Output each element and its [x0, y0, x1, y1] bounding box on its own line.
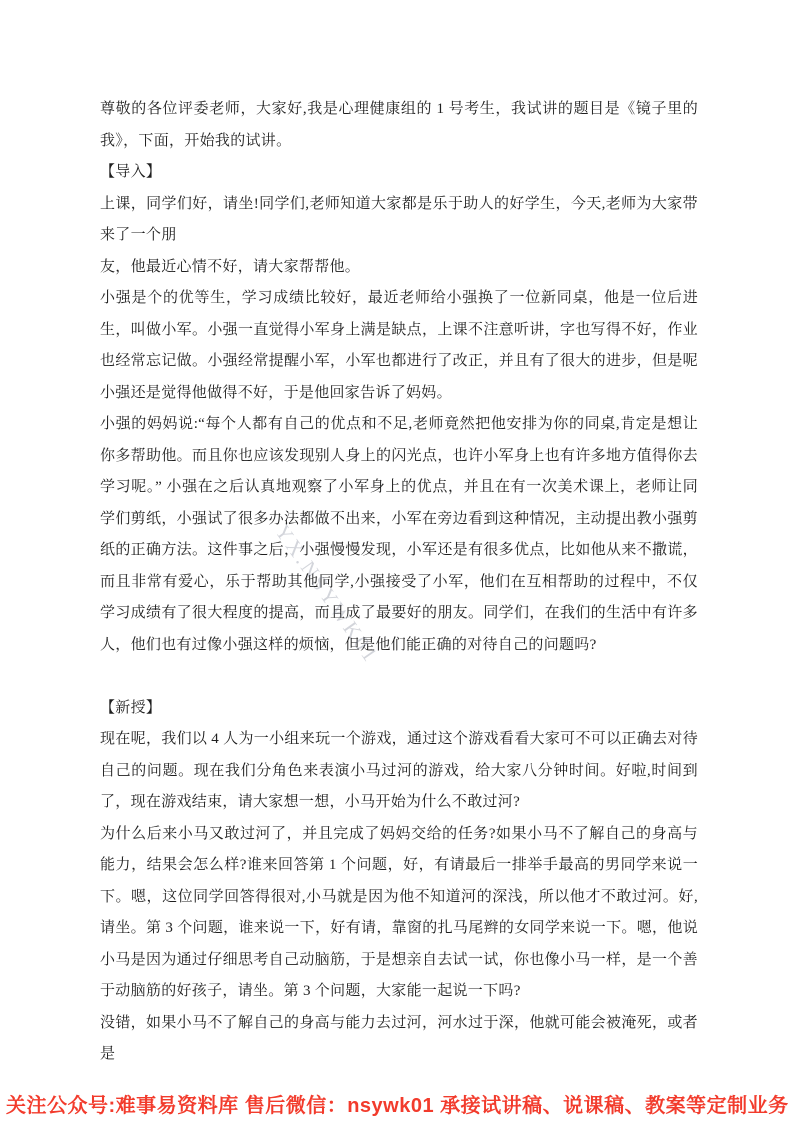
paragraph: 没错，如果小马不了解自己的身高与能力去过河，河水过于深，他就可能会被淹死，或者是 [100, 1008, 698, 1071]
section-heading: 【新授】 [100, 693, 698, 725]
paragraph: 小强的妈妈说:“每个人都有自己的优点和不足,老师竟然把他安排为你的同桌,肯定是想… [100, 409, 698, 661]
paragraph: 上课，同学们好，请坐!同学们,老师知道大家都是乐于助人的好学生，今天,老师为大家… [100, 189, 698, 252]
paragraph: 为什么后来小马又敢过河了，并且完成了妈妈交给的任务?如果小马不了解自己的身高与能… [100, 819, 698, 1008]
promo-footer-text: 关注公众号:难事易资料库 售后微信：nsywk01 承接试讲稿、说课稿、教案等定… [6, 1092, 787, 1120]
section-heading: 【导入】 [100, 157, 698, 189]
document-page: 尊敬的各位评委老师，大家好,我是心理健康组的 1 号考生，我试讲的题目是《镜子里… [0, 0, 793, 1122]
blank-line [100, 661, 698, 693]
paragraph: 友，他最近心情不好，请大家帮帮他。 [100, 252, 698, 284]
paragraph: 尊敬的各位评委老师，大家好,我是心理健康组的 1 号考生，我试讲的题目是《镜子里… [100, 94, 698, 157]
paragraph: 现在呢，我们以 4 人为一小组来玩一个游戏，通过这个游戏看看大家可不可以正确去对… [100, 724, 698, 819]
paragraph: 小强是个的优等生，学习成绩比较好，最近老师给小强换了一位新同桌，他是一位后进生，… [100, 283, 698, 409]
document-text-block: 尊敬的各位评委老师，大家好,我是心理健康组的 1 号考生，我试讲的题目是《镜子里… [100, 94, 698, 1071]
